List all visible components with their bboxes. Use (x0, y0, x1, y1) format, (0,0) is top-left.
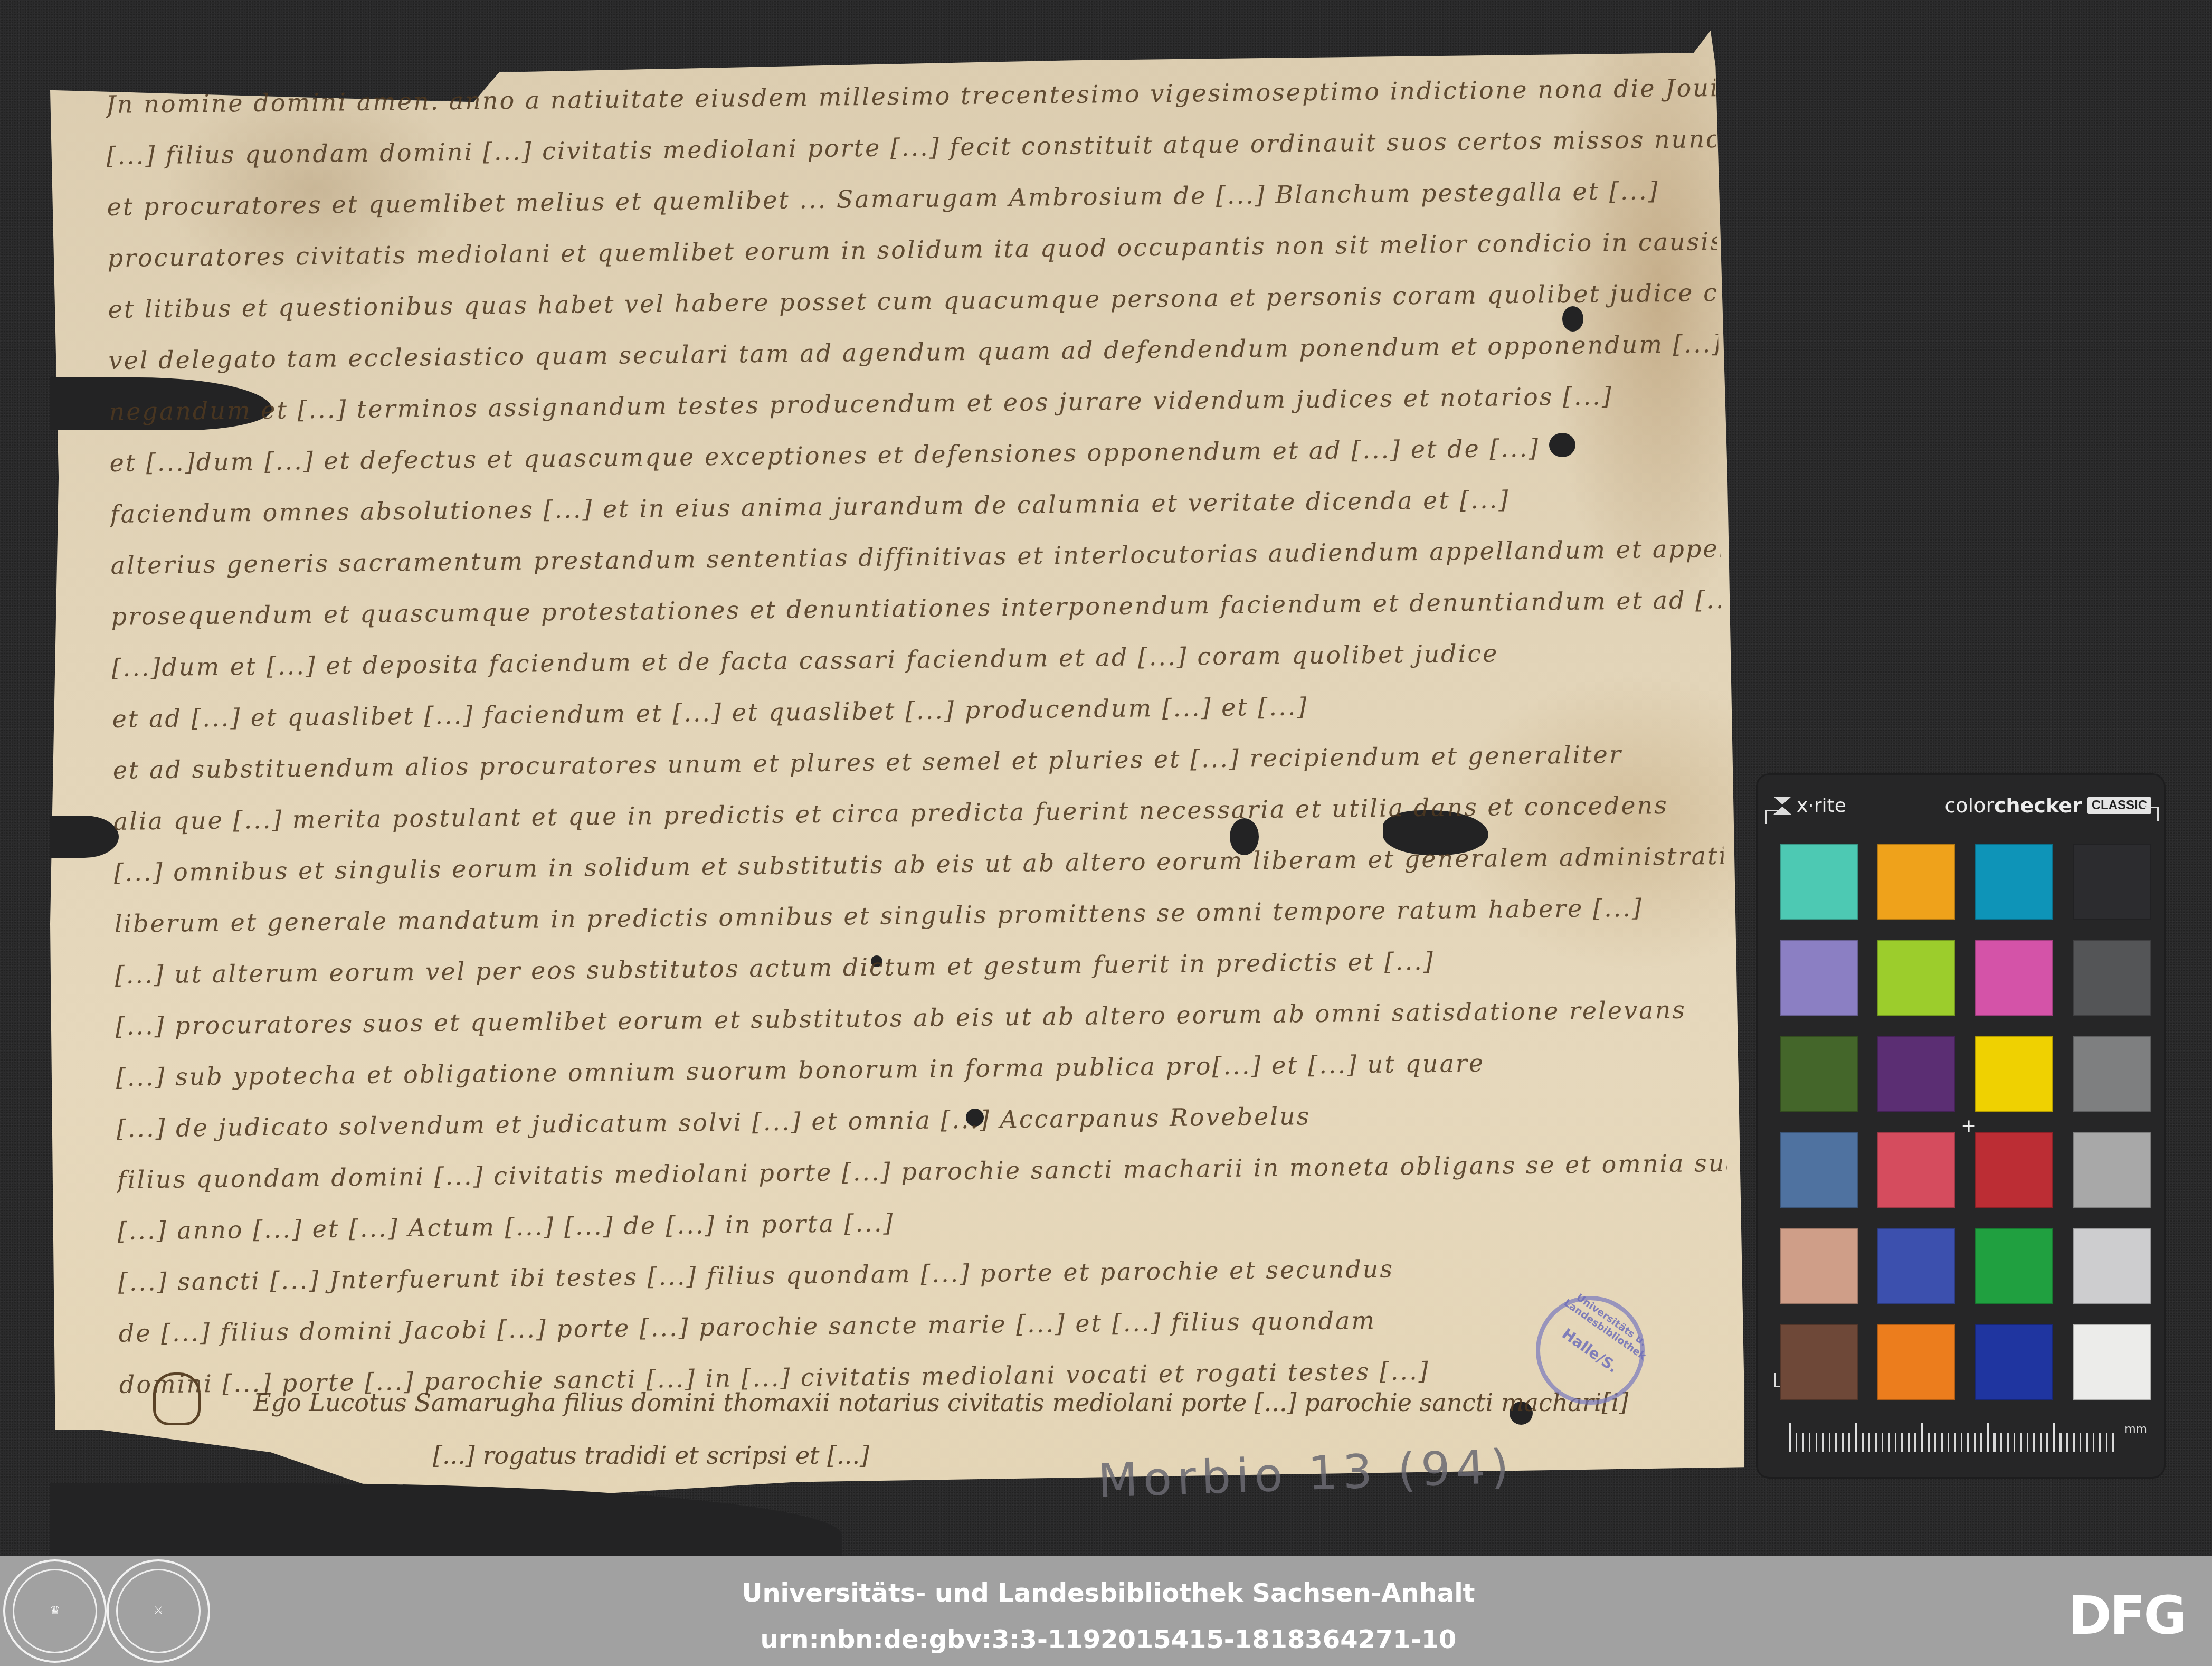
classic-badge: CLASSIC (2087, 797, 2151, 814)
color-swatch (1877, 844, 1955, 920)
color-swatch (1975, 1228, 2053, 1304)
seal-glyph: ♛ (50, 1604, 60, 1618)
registration-corner-icon (1765, 810, 1779, 824)
color-swatch (1780, 1036, 1858, 1112)
color-swatch (2073, 1324, 2151, 1400)
urn-identifier[interactable]: urn:nbn:de:gbv:3:3-1192015415-1818364271… (697, 1624, 1520, 1655)
color-swatch (2073, 1228, 2151, 1304)
color-swatch (1877, 1228, 1955, 1304)
color-swatch (1975, 1132, 2053, 1208)
seal-glyph: ⚔ (153, 1604, 164, 1618)
color-swatch (2073, 1132, 2151, 1208)
ruler-unit-label: mm (2124, 1423, 2147, 1436)
color-swatch (1877, 940, 1955, 1016)
notarial-sign-icon (153, 1372, 201, 1425)
notarial-subscription-line: [...] rogatus tradidi et scripsi et [...… (433, 1441, 869, 1470)
color-checker-card: x·rite colorchecker CLASSIC + mm (1758, 775, 2164, 1477)
color-swatch (1877, 1036, 1955, 1112)
color-swatch (1780, 1132, 1858, 1208)
xrite-brand: x·rite (1773, 795, 1846, 817)
color-swatch (1975, 844, 2053, 920)
wordmark-light: color (1944, 794, 1994, 817)
color-swatch (1780, 1324, 1858, 1400)
footer-banner: ♛ ⚔ Universitäts- und Landesbibliothek S… (0, 1556, 2212, 1666)
institution-name: Universitäts- und Landesbibliothek Sachs… (697, 1577, 1520, 1609)
color-swatch (1975, 1324, 2053, 1400)
color-swatch (2073, 1036, 2151, 1112)
color-checker-header: x·rite colorchecker CLASSIC (1773, 790, 2151, 821)
color-swatch (1975, 1036, 2053, 1112)
tear-middle-left (50, 816, 119, 858)
color-swatch (2073, 940, 2151, 1016)
university-seal-wittenberg-icon: ⚔ (107, 1559, 210, 1663)
color-swatch (1780, 844, 1858, 920)
mm-ruler-major-ticks (1789, 1423, 2116, 1452)
color-swatch (1877, 1324, 1955, 1400)
university-seal-halle-icon: ♛ (3, 1559, 107, 1663)
crosshair-icon: + (1961, 1115, 1977, 1137)
dfg-logo-icon: DFG (2068, 1585, 2185, 1646)
xrite-wordmark: x·rite (1797, 795, 1846, 817)
color-swatch (1780, 1228, 1858, 1304)
color-swatch (1975, 940, 2053, 1016)
manuscript-text: Jn nomine domini amen. anno a natiuitate… (106, 62, 1729, 1411)
color-swatch (1780, 940, 1858, 1016)
footer-text: Universitäts- und Landesbibliothek Sachs… (697, 1577, 1520, 1655)
color-swatch (2073, 844, 2151, 920)
registration-corner-icon (2144, 807, 2159, 821)
notarial-subscription-line: Ego Lucotus Samarugha filius domini thom… (253, 1388, 1628, 1417)
colorchecker-brand: colorchecker CLASSIC (1944, 794, 2151, 817)
color-swatch (1877, 1132, 1955, 1208)
colorchecker-wordmark: colorchecker (1944, 794, 2082, 817)
wordmark-bold: checker (1994, 794, 2082, 817)
